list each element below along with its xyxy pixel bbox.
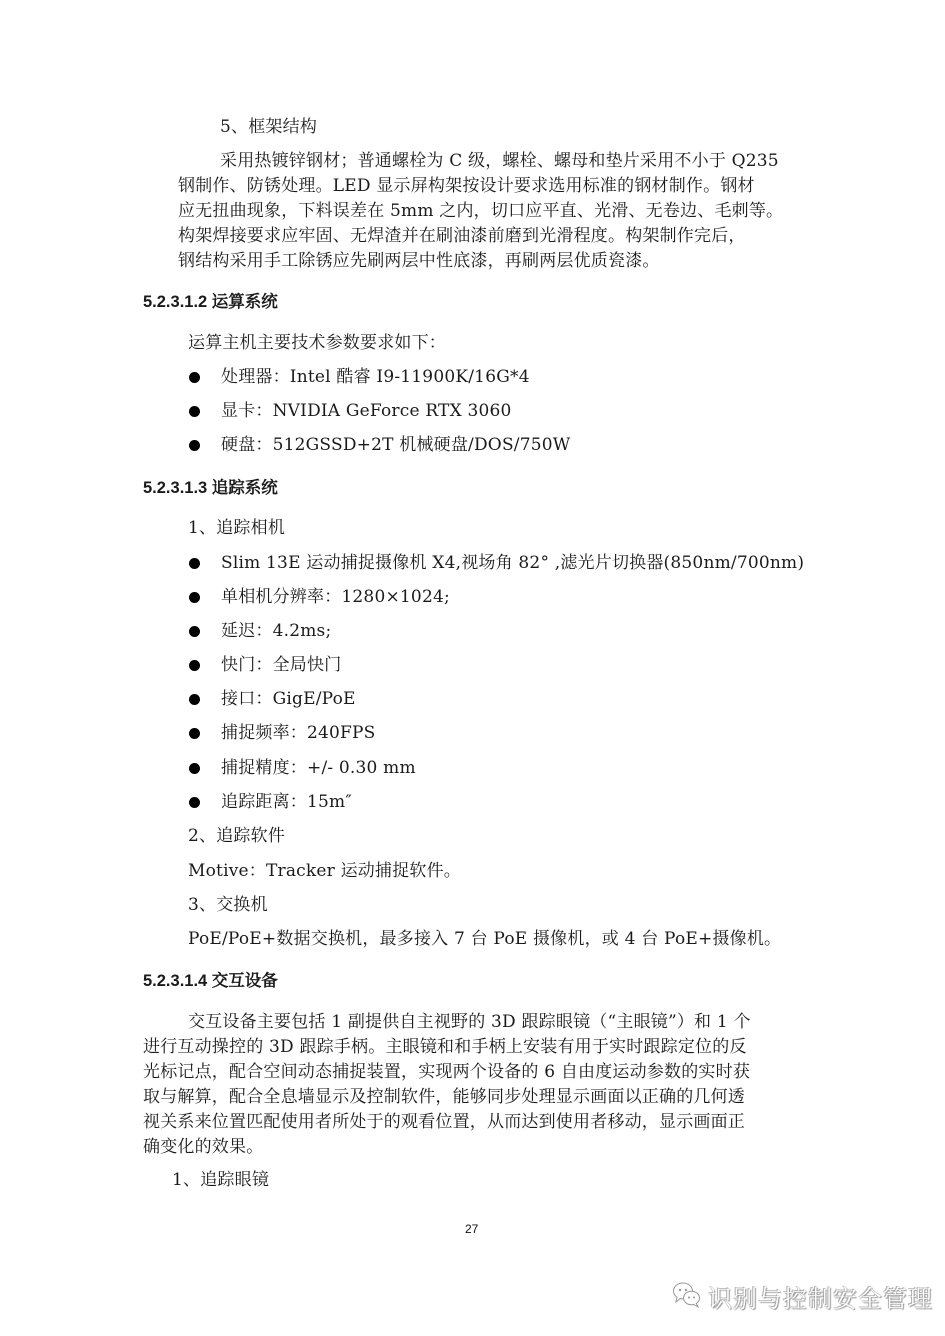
watermark: 识别与控制安全管理: [672, 1279, 933, 1314]
paragraph-line: 钢结构采用手工除锈应先刷两层中性底漆，再刷两层优质瓷漆。: [178, 249, 660, 274]
list-item: 接口：GigE/PoE: [221, 687, 356, 712]
paragraph-line: 视关系来位置匹配使用者所处于的观看位置，从而达到使用者移动，显示画面正: [143, 1110, 745, 1135]
subsection-title-switch: 3、交换机: [188, 893, 268, 918]
paragraph-line: 钢制作、防锈处理。LED 显示屏构架按设计要求选用标准的钢材制作。钢材: [178, 174, 755, 199]
subsection-title-software: 2、追踪软件: [188, 824, 285, 849]
subsection-title-camera: 1、追踪相机: [188, 516, 285, 541]
paragraph-line: 采用热镀锌钢材；普通螺栓为 C 级，螺栓、螺母和垫片采用不小于 Q235: [220, 149, 779, 174]
bullet-icon: [189, 372, 200, 383]
compute-intro: 运算主机主要技术参数要求如下：: [188, 331, 446, 356]
list-item: 捕捉频率：240FPS: [221, 721, 376, 746]
bullet-icon: [189, 797, 200, 808]
paragraph-line: 应无扭曲现象，下料误差在 5mm 之内，切口应平直、光滑、无卷边、毛刺等。: [178, 199, 783, 224]
bullet-icon: [189, 660, 200, 671]
list-item: 单相机分辨率：1280×1024;: [221, 585, 450, 610]
subsection-title-glasses: 1、追踪眼镜: [172, 1168, 269, 1193]
list-item: 硬盘：512GSSD+2T 机械硬盘/DOS/750W: [221, 433, 570, 458]
paragraph-line: 交互设备主要包括 1 副提供自主视野的 3D 跟踪眼镜（“主眼镜”）和 1 个: [188, 1010, 751, 1035]
list-item: 处理器：Intel 酷睿 I9-11900K/16G*4: [221, 365, 530, 390]
section-heading-compute: 5.2.3.1.2 运算系统: [143, 290, 278, 314]
subsection-title-frame: 5、框架结构: [220, 115, 317, 140]
bullet-icon: [189, 592, 200, 603]
paragraph-line: 确变化的效果。: [143, 1135, 263, 1160]
bullet-icon: [189, 558, 200, 569]
list-item: 延迟：4.2ms;: [221, 619, 331, 644]
list-item: 显卡：NVIDIA GeForce RTX 3060: [221, 399, 512, 424]
bullet-icon: [189, 763, 200, 774]
switch-text: PoE/PoE+数据交换机，最多接入 7 台 PoE 摄像机，或 4 台 PoE…: [188, 927, 781, 952]
list-item: Slim 13E 运动捕捉摄像机 X4,视场角 82° ,滤光片切换器(850n…: [221, 551, 804, 576]
bullet-icon: [189, 626, 200, 637]
section-heading-tracking: 5.2.3.1.3 追踪系统: [143, 476, 278, 500]
watermark-text: 识别与控制安全管理: [708, 1279, 933, 1314]
paragraph-line: 构架焊接要求应牢固、无焊渣并在刷油漆前磨到光滑程度。构架制作完后，: [178, 224, 746, 249]
section-heading-interaction: 5.2.3.1.4 交互设备: [143, 969, 278, 993]
list-item: 快门：全局快门: [221, 653, 341, 678]
wechat-icon: [672, 1281, 702, 1313]
bullet-icon: [189, 406, 200, 417]
list-item: 追踪距离：15m″: [221, 790, 352, 815]
bullet-icon: [189, 440, 200, 451]
paragraph-line: 取与解算，配合全息墙显示及控制软件，能够同步处理显示画面以正确的几何透: [143, 1085, 745, 1110]
bullet-icon: [189, 728, 200, 739]
paragraph-line: 进行互动操控的 3D 跟踪手柄。主眼镜和和手柄上安装有用于实时跟踪定位的反: [143, 1035, 747, 1060]
bullet-icon: [189, 694, 200, 705]
paragraph-line: 光标记点，配合空间动态捕捉装置，实现两个设备的 6 自由度运动参数的实时获: [143, 1060, 750, 1085]
list-item: 捕捉精度：+/- 0.30 mm: [221, 756, 416, 781]
page-number: 27: [465, 1222, 478, 1236]
software-text: Motive：Tracker 运动捕捉软件。: [188, 859, 461, 884]
